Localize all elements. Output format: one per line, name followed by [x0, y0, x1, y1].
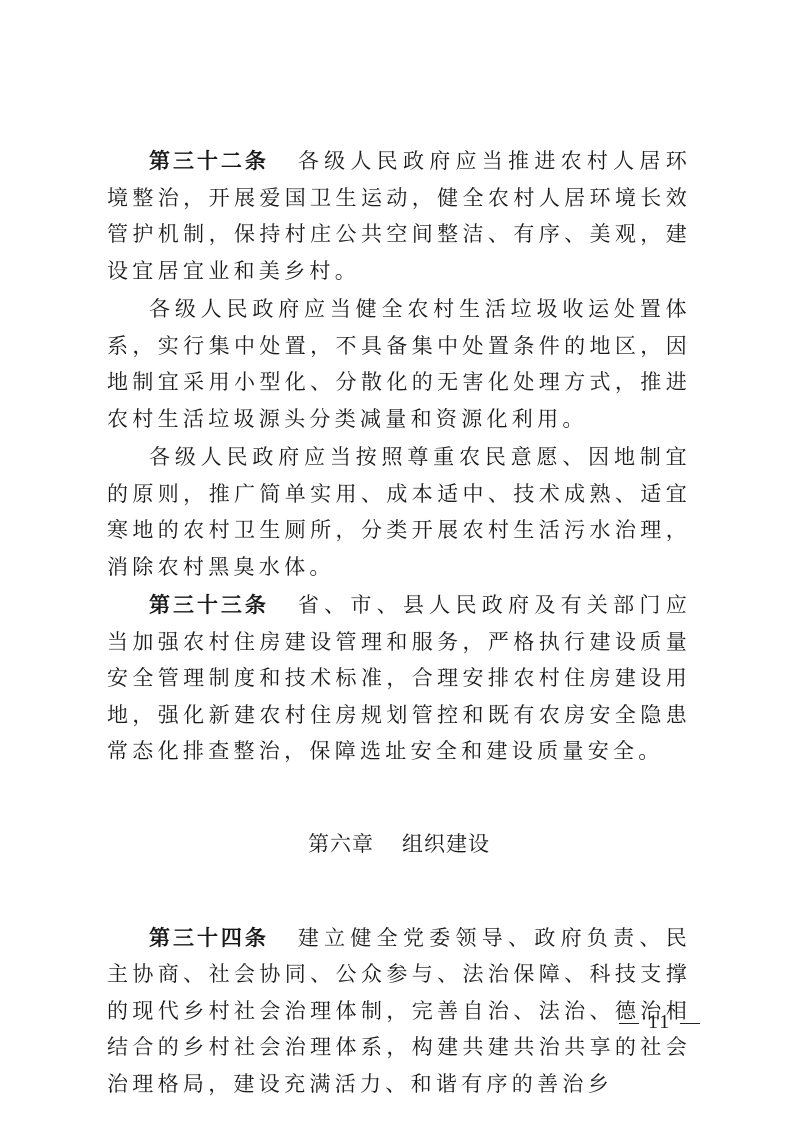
- page-number-value: 11: [648, 1011, 671, 1033]
- article-32-clause-2: 各级人民政府应当健全农村生活垃圾收运处置体系，实行集中处置，不具备集中处置条件的…: [107, 291, 691, 437]
- chapter-number: 第六章: [308, 832, 374, 856]
- article-text: 建立健全党委领导、政府负责、民主协商、社会协同、公众参与、法治保障、科技支撑的现…: [107, 926, 691, 1096]
- article-text: 省、市、县人民政府及有关部门应当加强农村住房建设管理和服务，严格执行建设质量安全…: [107, 593, 691, 763]
- article-33-paragraph: 第三十三条省、市、县人民政府及有关部门应当加强农村住房建设管理和服务，严格执行建…: [107, 587, 691, 770]
- document-page: 第三十二条各级人民政府应当推进农村人居环境整治，开展爱国卫生运动，健全农村人居环…: [107, 143, 691, 1104]
- article-34-paragraph: 第三十四条建立健全党委领导、政府负责、民主协商、社会协同、公众参与、法治保障、科…: [107, 920, 691, 1103]
- article-32-clause-3: 各级人民政府应当按照尊重农民意愿、因地制宜的原则，推广简单实用、成本适中、技术成…: [107, 439, 691, 585]
- article-number: 第三十二条: [149, 149, 269, 173]
- article-32-paragraph: 第三十二条各级人民政府应当推进农村人居环境整治，开展爱国卫生运动，健全农村人居环…: [107, 143, 691, 289]
- article-number: 第三十四条: [149, 926, 269, 950]
- dash-left: [619, 1023, 639, 1025]
- paragraph-text: 各级人民政府应当健全农村生活垃圾收运处置体系，实行集中处置，不具备集中处置条件的…: [107, 297, 691, 431]
- paragraph-text: 各级人民政府应当按照尊重农民意愿、因地制宜的原则，推广简单实用、成本适中、技术成…: [107, 445, 691, 579]
- chapter-heading: 第六章组织建设: [107, 826, 691, 862]
- chapter-title: 组织建设: [402, 832, 490, 856]
- article-number: 第三十三条: [149, 593, 269, 617]
- page-number: 11: [610, 1011, 709, 1034]
- dash-right: [680, 1023, 700, 1025]
